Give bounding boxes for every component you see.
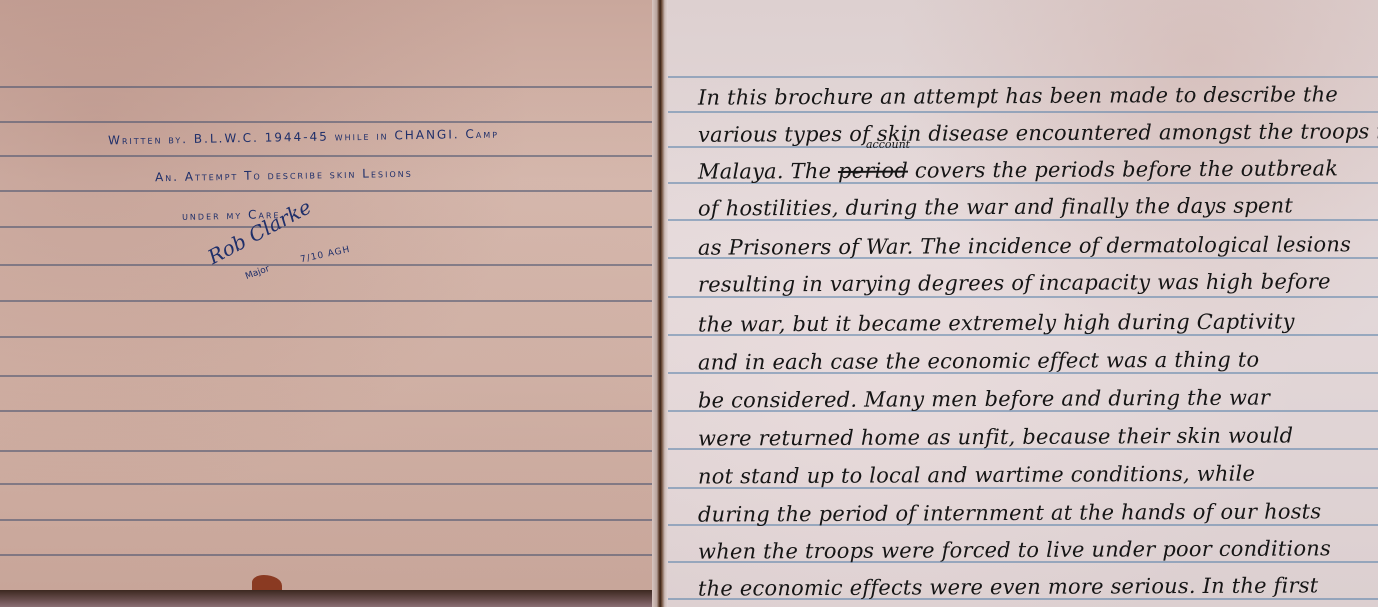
text-line: the war, but it became extremely high du… [698,309,1295,336]
handwritten-note-purpose: An. Attempt To describe skin Lesions [155,166,413,184]
text-line-part: Malaya. The [698,159,838,184]
text-line-part: covers the periods before the outbreak [908,156,1338,182]
text-line: In this brochure an attempt has been mad… [698,82,1338,109]
ruled-line [668,111,1378,113]
handwritten-note-author: Written by. B.L.W.C. 1944-45 while in CH… [108,127,499,148]
ruled-line [0,450,652,452]
text-line: and in each case the economic effect was… [698,348,1259,375]
ruled-line [0,483,652,485]
ruled-line [0,375,652,377]
text-line: be considered. Many men before and durin… [698,386,1270,413]
text-line: the economic effects were even more seri… [698,573,1318,600]
ruled-line [0,155,652,157]
text-line: resulting in varying degrees of incapaci… [698,269,1331,296]
text-line: various types of skin disease encountere… [698,119,1378,147]
text-line: Malaya. The period covers the periods be… [698,156,1338,183]
ruled-line [0,121,652,123]
ruled-line [668,296,1378,298]
ruled-line [0,264,652,266]
text-line: during the period of internment at the h… [698,499,1321,526]
struck-word: period [838,159,908,183]
ruled-line [0,554,652,556]
ruled-line [0,336,652,338]
ruled-line [668,76,1378,78]
ruled-line [0,519,652,521]
notebook-spine [652,0,668,607]
text-line: not stand up to local and wartime condit… [698,462,1255,489]
right-page: In this brochure an attempt has been mad… [668,0,1378,607]
ruled-line [0,410,652,412]
insertion-above: account [866,138,910,151]
signature-rank: Major [244,264,271,282]
ruled-line [0,226,652,228]
ruled-line [0,190,652,192]
left-page: Written by. B.L.W.C. 1944-45 while in CH… [0,0,652,607]
text-line: when the troops were forced to live unde… [698,536,1331,563]
ruled-line [0,300,652,302]
page-bottom-edge [0,590,652,607]
text-line: as Prisoners of War. The incidence of de… [698,232,1351,259]
signature: Rob Clarke [204,195,315,269]
text-line: were returned home as unfit, because the… [698,423,1293,450]
ruled-line [0,86,652,88]
text-line: of hostilities, during the war and final… [698,193,1293,220]
signature-unit: 7/10 AGH [300,245,352,265]
